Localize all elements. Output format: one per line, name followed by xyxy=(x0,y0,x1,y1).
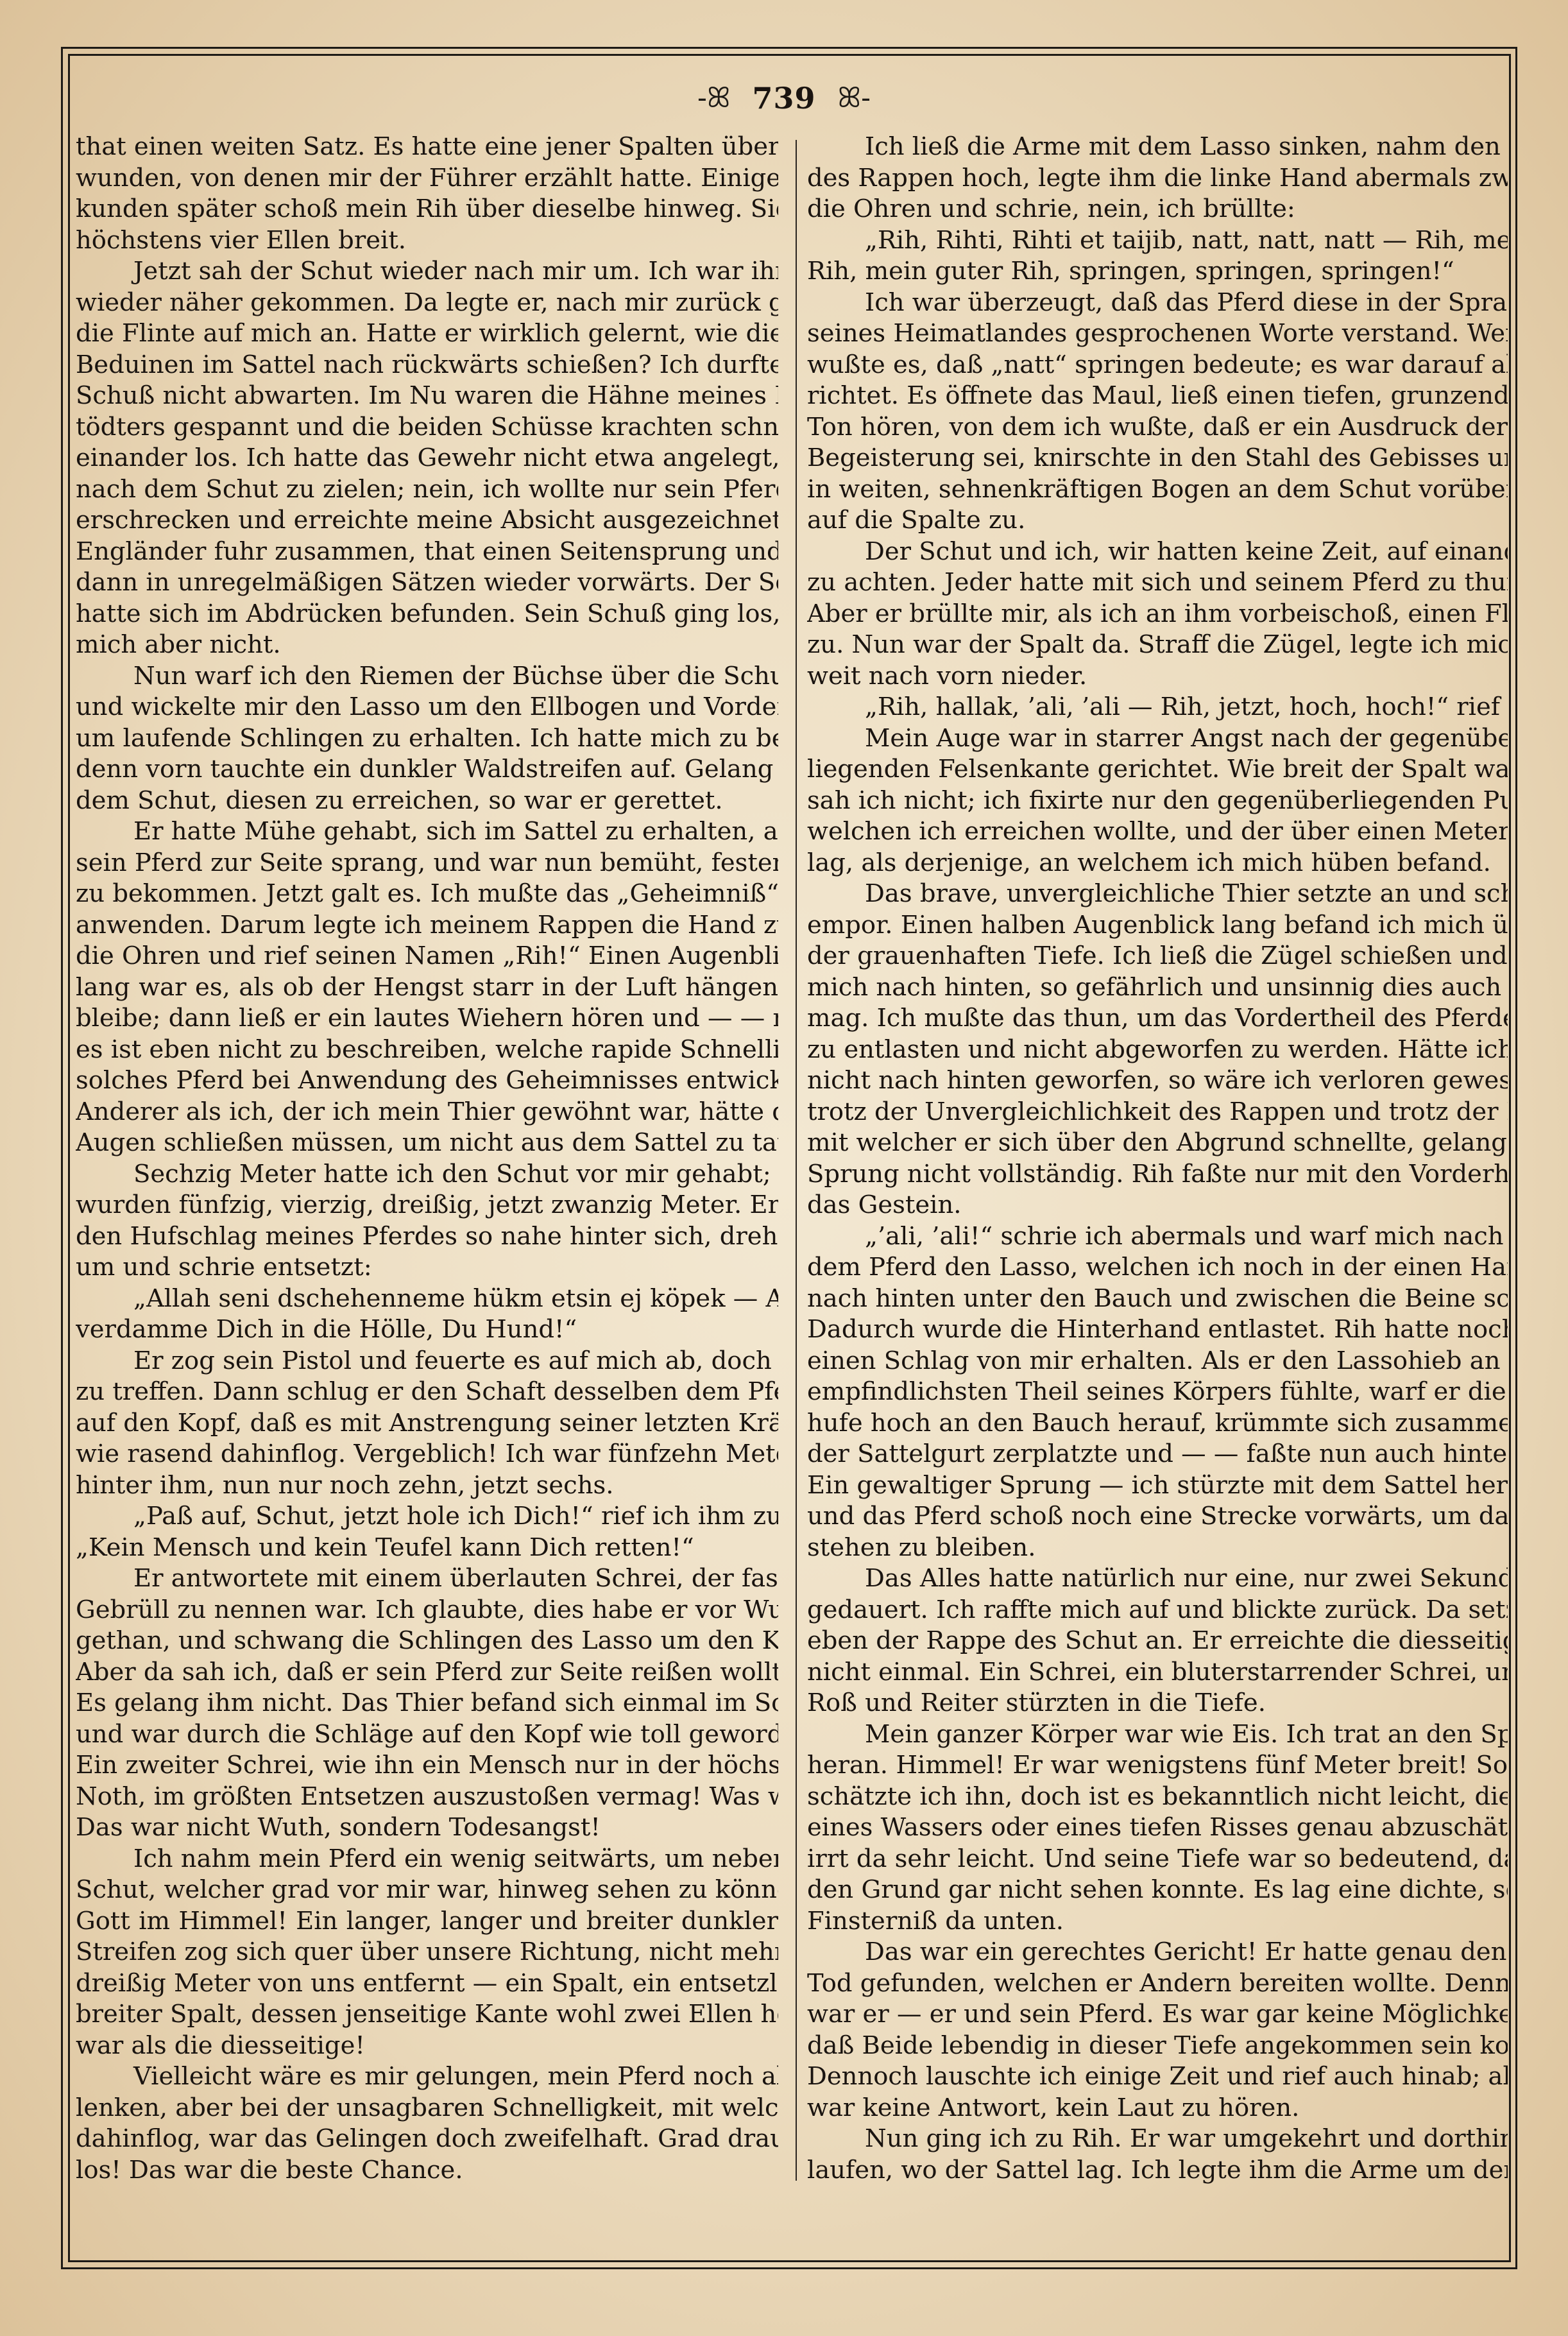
text-line: sah ich nicht; ich fixirte nur den gegen… xyxy=(807,786,1508,817)
text-line: nach dem Schut zu zielen; nein, ich woll… xyxy=(76,474,778,506)
text-line: Roß und Reiter stürzten in die Tiefe. xyxy=(807,1688,1508,1719)
text-line: hufe hoch an den Bauch herauf, krümmte s… xyxy=(807,1408,1508,1439)
text-line: Aber da sah ich, daß er sein Pferd zur S… xyxy=(76,1657,778,1688)
text-line: eben der Rappe des Schut an. Er erreicht… xyxy=(807,1626,1508,1657)
text-line: zu achten. Jeder hatte mit sich und sein… xyxy=(807,567,1508,599)
text-line: gethan, und schwang die Schlingen des La… xyxy=(76,1626,778,1657)
text-line: dem Pferd den Lasso, welchen ich noch in… xyxy=(807,1252,1508,1284)
text-line: stehen zu bleiben. xyxy=(807,1533,1508,1564)
text-line: wunden, von denen mir der Führer erzählt… xyxy=(76,163,778,194)
page-number: 739 xyxy=(752,81,815,116)
text-line: nicht nach hinten geworfen, so wäre ich … xyxy=(807,1065,1508,1097)
text-line: nach hinten unter den Bauch und zwischen… xyxy=(807,1284,1508,1315)
text-line: um laufende Schlingen zu erhalten. Ich h… xyxy=(76,723,778,755)
text-line: dann in unregelmäßigen Sätzen wieder vor… xyxy=(76,567,778,599)
text-line: wurden fünfzig, vierzig, dreißig, jetzt … xyxy=(76,1190,778,1221)
text-line: zu entlasten und nicht abgeworfen zu wer… xyxy=(807,1035,1508,1066)
text-line: Jetzt sah der Schut wieder nach mir um. … xyxy=(76,256,778,288)
text-line: seines Heimatlandes gesprochenen Worte v… xyxy=(807,318,1508,350)
text-line: anwenden. Darum legte ich meinem Rappen … xyxy=(76,910,778,941)
text-line: auf die Spalte zu. xyxy=(807,505,1508,537)
text-line: weit nach vorn nieder. xyxy=(807,661,1508,692)
text-line: wußte es, daß „natt“ springen bedeute; e… xyxy=(807,350,1508,381)
text-line: den Grund gar nicht sehen konnte. Es lag… xyxy=(807,1875,1508,1906)
text-line: nicht einmal. Ein Schrei, ein bluterstar… xyxy=(807,1657,1508,1688)
text-line: Er hatte Mühe gehabt, sich im Sattel zu … xyxy=(76,816,778,848)
text-line: auf den Kopf, daß es mit Anstrengung sei… xyxy=(76,1408,778,1439)
text-line: „Kein Mensch und kein Teufel kann Dich r… xyxy=(76,1533,778,1564)
text-line: die Ohren und rief seinen Namen „Rih!“ E… xyxy=(76,941,778,972)
text-line: schätzte ich ihn, doch ist es bekanntlic… xyxy=(807,1782,1508,1813)
text-line: Ein gewaltiger Sprung — ich stürzte mit … xyxy=(807,1470,1508,1502)
text-line: tödters gespannt und die beiden Schüsse … xyxy=(76,412,778,443)
text-line: Engländer fuhr zusammen, that einen Seit… xyxy=(76,537,778,568)
text-line: Augen schließen müssen, um nicht aus dem… xyxy=(76,1128,778,1159)
text-line: Der Schut und ich, wir hatten keine Zeit… xyxy=(807,537,1508,568)
text-line: einen Schlag von mir erhalten. Als er de… xyxy=(807,1346,1508,1377)
text-line: dem Schut, diesen zu erreichen, so war e… xyxy=(76,786,778,817)
page-header: -ꕤ 739 ꕤ- xyxy=(0,76,1568,121)
text-line: Rih, mein guter Rih, springen, springen,… xyxy=(807,256,1508,288)
text-line: Sechzig Meter hatte ich den Schut vor mi… xyxy=(76,1159,778,1190)
text-line: mich aber nicht. xyxy=(76,630,778,661)
text-line: kunden später schoß mein Rih über diesel… xyxy=(76,194,778,225)
text-line: war keine Antwort, kein Laut zu hören. xyxy=(807,2093,1508,2124)
ornament-right-icon: ꕤ- xyxy=(838,84,871,112)
column-divider xyxy=(796,140,797,2181)
text-line: Das brave, unvergleichliche Thier setzte… xyxy=(807,879,1508,910)
text-line: „Rih, Rihti, Rihti et taijib, natt, natt… xyxy=(807,225,1508,257)
text-line: los! Das war die beste Chance. xyxy=(76,2155,778,2186)
text-line: Es gelang ihm nicht. Das Thier befand si… xyxy=(76,1688,778,1719)
text-line: „’ali, ’ali!“ schrie ich abermals und wa… xyxy=(807,1221,1508,1253)
text-line: dreißig Meter von uns entfernt — ein Spa… xyxy=(76,1968,778,2000)
text-line: und das Pferd schoß noch eine Strecke vo… xyxy=(807,1501,1508,1533)
text-line: lang war es, als ob der Hengst starr in … xyxy=(76,972,778,1004)
ornament-left-icon: -ꕤ xyxy=(697,84,730,112)
text-line: in weiten, sehnenkräftigen Bogen an dem … xyxy=(807,474,1508,506)
text-line: Beduinen im Sattel nach rückwärts schieß… xyxy=(76,350,778,381)
text-line: Das war nicht Wuth, sondern Todesangst! xyxy=(76,1812,778,1844)
text-line: daß Beide lebendig in dieser Tiefe angek… xyxy=(807,2031,1508,2062)
text-line: die Flinte auf mich an. Hatte er wirklic… xyxy=(76,318,778,350)
text-line: Begeisterung sei, knirschte in den Stahl… xyxy=(807,443,1508,474)
text-line: Dennoch lauschte ich einige Zeit und rie… xyxy=(807,2061,1508,2093)
text-line: sein Pferd zur Seite sprang, und war nun… xyxy=(76,848,778,879)
text-line: Nun ging ich zu Rih. Er war umgekehrt un… xyxy=(807,2124,1508,2155)
text-line: solches Pferd bei Anwendung des Geheimni… xyxy=(76,1065,778,1097)
text-line: den Hufschlag meines Pferdes so nahe hin… xyxy=(76,1221,778,1253)
text-line: höchstens vier Ellen breit. xyxy=(76,225,778,257)
left-column: that einen weiten Satz. Es hatte eine je… xyxy=(76,132,778,2186)
text-line: Ton hören, von dem ich wußte, daß er ein… xyxy=(807,412,1508,443)
text-line: Schut, welcher grad vor mir war, hinweg … xyxy=(76,1875,778,1906)
text-line: und wickelte mir den Lasso um den Ellbog… xyxy=(76,692,778,723)
text-line: die Ohren und schrie, nein, ich brüllte: xyxy=(807,194,1508,225)
text-line: Nun warf ich den Riemen der Büchse über … xyxy=(76,661,778,692)
text-line: heran. Himmel! Er war wenigstens fünf Me… xyxy=(807,1750,1508,1782)
text-line: lenken, aber bei der unsagbaren Schnelli… xyxy=(76,2093,778,2124)
text-line: war als die diesseitige! xyxy=(76,2031,778,2062)
text-line: Das Alles hatte natürlich nur eine, nur … xyxy=(807,1563,1508,1595)
text-line: denn vorn tauchte ein dunkler Waldstreif… xyxy=(76,754,778,786)
text-line: wie rasend dahinflog. Vergeblich! Ich wa… xyxy=(76,1439,778,1470)
text-line: Anderer als ich, der ich mein Thier gewö… xyxy=(76,1097,778,1128)
text-line: Tod gefunden, welchen er Andern bereiten… xyxy=(807,1968,1508,2000)
text-line: liegenden Felsenkante gerichtet. Wie bre… xyxy=(807,754,1508,786)
text-line: breiter Spalt, dessen jenseitige Kante w… xyxy=(76,1999,778,2031)
text-line: „Rih, hallak, ’ali, ’ali — Rih, jetzt, h… xyxy=(807,692,1508,723)
text-line: gedauert. Ich raffte mich auf und blickt… xyxy=(807,1595,1508,1626)
text-line: Ein zweiter Schrei, wie ihn ein Mensch n… xyxy=(76,1750,778,1782)
text-line: der grauenhaften Tiefe. Ich ließ die Züg… xyxy=(807,941,1508,972)
text-line: Er zog sein Pistol und feuerte es auf mi… xyxy=(76,1346,778,1377)
text-line: war er — er und sein Pferd. Es war gar k… xyxy=(807,1999,1508,2031)
text-line: Mein ganzer Körper war wie Eis. Ich trat… xyxy=(807,1719,1508,1751)
text-line: richtet. Es öffnete das Maul, ließ einen… xyxy=(807,381,1508,412)
text-line: und war durch die Schläge auf den Kopf w… xyxy=(76,1719,778,1751)
text-line: Aber er brüllte mir, als ich an ihm vorb… xyxy=(807,599,1508,630)
text-line: bleibe; dann ließ er ein lautes Wiehern … xyxy=(76,1003,778,1035)
text-line: laufen, wo der Sattel lag. Ich legte ihm… xyxy=(807,2155,1508,2186)
text-line: irrt da sehr leicht. Und seine Tiefe war… xyxy=(807,1844,1508,1875)
text-line: zu treffen. Dann schlug er den Schaft de… xyxy=(76,1377,778,1408)
text-line: mit welcher er sich über den Abgrund sch… xyxy=(807,1128,1508,1159)
text-line: Streifen zog sich quer über unsere Richt… xyxy=(76,1937,778,1968)
text-line: um und schrie entsetzt: xyxy=(76,1252,778,1284)
text-line: Vielleicht wäre es mir gelungen, mein Pf… xyxy=(76,2061,778,2093)
text-line: erschrecken und erreichte meine Absicht … xyxy=(76,505,778,537)
text-line: Mein Auge war in starrer Angst nach der … xyxy=(807,723,1508,755)
text-line: mich nach hinten, so gefährlich und unsi… xyxy=(807,972,1508,1004)
text-line: mag. Ich mußte das thun, um das Vorderth… xyxy=(807,1003,1508,1035)
text-line: Das war ein gerechtes Gericht! Er hatte … xyxy=(807,1937,1508,1968)
text-line: hinter ihm, nun nur noch zehn, jetzt sec… xyxy=(76,1470,778,1502)
text-line: Noth, im größten Entsetzen auszustoßen v… xyxy=(76,1782,778,1813)
text-line: empfindlichsten Theil seines Körpers füh… xyxy=(807,1377,1508,1408)
text-line: verdamme Dich in die Hölle, Du Hund!“ xyxy=(76,1314,778,1346)
text-line: zu bekommen. Jetzt galt es. Ich mußte da… xyxy=(76,879,778,910)
right-column: Ich ließ die Arme mit dem Lasso sinken, … xyxy=(807,132,1508,2186)
text-line: welchen ich erreichen wollte, und der üb… xyxy=(807,816,1508,848)
text-line: zu. Nun war der Spalt da. Straff die Züg… xyxy=(807,630,1508,661)
text-line: eines Wassers oder eines tiefen Risses g… xyxy=(807,1812,1508,1844)
text-line: trotz der Unvergleichlichkeit des Rappen… xyxy=(807,1097,1508,1128)
text-line: Ich nahm mein Pferd ein wenig seitwärts,… xyxy=(76,1844,778,1875)
text-line: „Paß auf, Schut, jetzt hole ich Dich!“ r… xyxy=(76,1501,778,1533)
text-line: Sprung nicht vollständig. Rih faßte nur … xyxy=(807,1159,1508,1190)
text-line: Ich ließ die Arme mit dem Lasso sinken, … xyxy=(807,132,1508,163)
text-line: Ich war überzeugt, daß das Pferd diese i… xyxy=(807,288,1508,319)
text-line: „Allah seni dschehenneme hükm etsin ej k… xyxy=(76,1284,778,1315)
text-line: hatte sich im Abdrücken befunden. Sein S… xyxy=(76,599,778,630)
text-line: Dadurch wurde die Hinterhand entlastet. … xyxy=(807,1314,1508,1346)
text-line: Schuß nicht abwarten. Im Nu waren die Hä… xyxy=(76,381,778,412)
text-line: Finsterniß da unten. xyxy=(807,1906,1508,1937)
text-line: das Gestein. xyxy=(807,1190,1508,1221)
text-line: empor. Einen halben Augenblick lang befa… xyxy=(807,910,1508,941)
text-line: that einen weiten Satz. Es hatte eine je… xyxy=(76,132,778,163)
text-line: dahinflog, war das Gelingen doch zweifel… xyxy=(76,2124,778,2155)
text-line: es ist eben nicht zu beschreiben, welche… xyxy=(76,1035,778,1066)
text-line: Gott im Himmel! Ein langer, langer und b… xyxy=(76,1906,778,1937)
text-line: lag, als derjenige, an welchem ich mich … xyxy=(807,848,1508,879)
text-line: der Sattelgurt zerplatzte und — — faßte … xyxy=(807,1439,1508,1470)
text-line: wieder näher gekommen. Da legte er, nach… xyxy=(76,288,778,319)
text-line: des Rappen hoch, legte ihm die linke Han… xyxy=(807,163,1508,194)
text-line: einander los. Ich hatte das Gewehr nicht… xyxy=(76,443,778,474)
text-line: Er antwortete mit einem überlauten Schre… xyxy=(76,1563,778,1595)
text-line: Gebrüll zu nennen war. Ich glaubte, dies… xyxy=(76,1595,778,1626)
